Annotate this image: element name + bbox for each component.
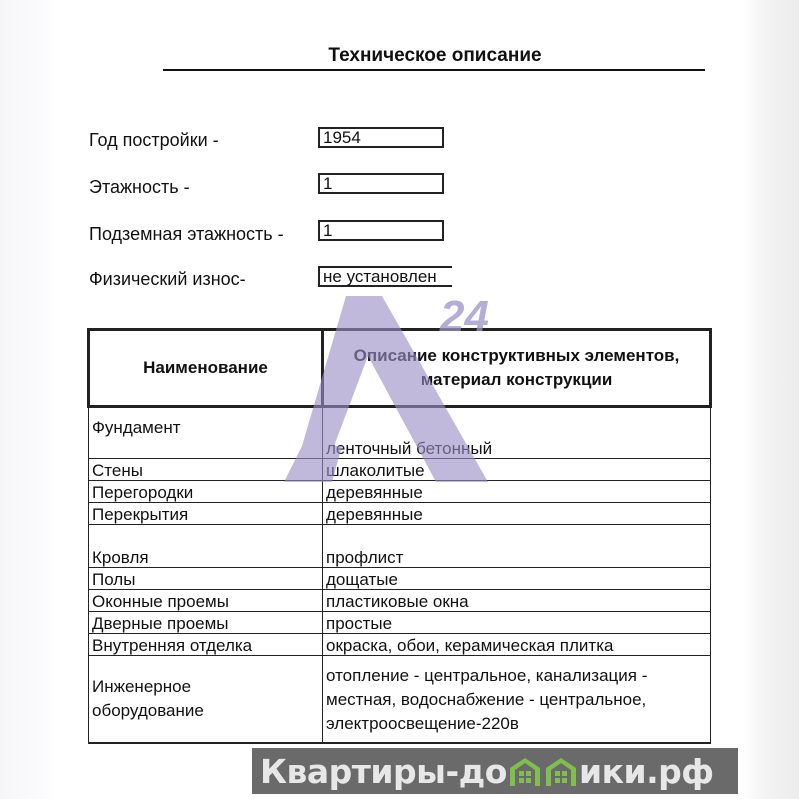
table-row: Стены шлаколитые (89, 459, 711, 481)
row-name: Фундамент (89, 407, 323, 459)
row-desc: дощатые (323, 568, 711, 590)
field-label-wear: Физический износ- (89, 269, 246, 290)
row-desc: ленточный бетонный (323, 407, 711, 459)
table-row: Оконные проемы пластиковые окна (89, 590, 711, 612)
row-name: Стены (89, 459, 323, 481)
row-name: Дверные проемы (89, 612, 323, 634)
field-label-build-year: Год постройки - (89, 130, 219, 151)
field-label-underground-floors: Подземная этажность - (89, 224, 284, 245)
row-name: Кровля (89, 525, 323, 568)
brand-text-left: Квартиры-до (260, 752, 507, 791)
header-description: Описание конструктивных элементов, матер… (323, 330, 711, 407)
row-desc: окраска, обои, керамическая плитка (323, 634, 711, 656)
field-label-floors: Этажность - (89, 177, 190, 198)
house-icon (508, 756, 542, 786)
table-row: Инженерное оборудование отопление - цент… (89, 656, 711, 744)
row-desc: отопление - центральное, канализация - м… (323, 656, 711, 744)
row-desc: простые (323, 612, 711, 634)
table-header-row: Наименование Описание конструктивных эле… (89, 330, 711, 407)
row-desc: деревянные (323, 481, 711, 503)
field-value-underground-floors: 1 (318, 220, 444, 241)
field-value-build-year: 1954 (318, 127, 444, 148)
row-name: Полы (89, 568, 323, 590)
table-row: Фундамент ленточный бетонный (89, 407, 711, 459)
title-underline (163, 69, 705, 71)
page-edge-shadow-left (0, 0, 58, 799)
header-name: Наименование (89, 330, 323, 407)
field-value-floors: 1 (318, 173, 444, 194)
brand-watermark-banner: Квартиры-до ики.рф (252, 748, 738, 794)
table-row: Полы дощатые (89, 568, 711, 590)
row-name: Перегородки (89, 481, 323, 503)
house-icon (544, 756, 578, 786)
construction-elements-table: Наименование Описание конструктивных эле… (87, 328, 712, 744)
page-edge-shadow-right (743, 0, 799, 799)
row-name: Внутренняя отделка (89, 634, 323, 656)
row-desc: пластиковые окна (323, 590, 711, 612)
table-row: Перегородки деревянные (89, 481, 711, 503)
table-row: Внутренняя отделка окраска, обои, керами… (89, 634, 711, 656)
table-row: Перекрытия деревянные (89, 503, 711, 525)
row-name: Оконные проемы (89, 590, 323, 612)
table-row: Кровля профлист (89, 525, 711, 568)
brand-text-right: ики.рф (579, 752, 714, 791)
row-name: Перекрытия (89, 503, 323, 525)
row-desc: профлист (323, 525, 711, 568)
row-desc: деревянные (323, 503, 711, 525)
field-value-wear: не установлен (318, 266, 452, 287)
table-row: Дверные проемы простые (89, 612, 711, 634)
document-title: Техническое описание (0, 45, 799, 67)
row-desc: шлаколитые (323, 459, 711, 481)
row-name: Инженерное оборудование (89, 656, 323, 744)
